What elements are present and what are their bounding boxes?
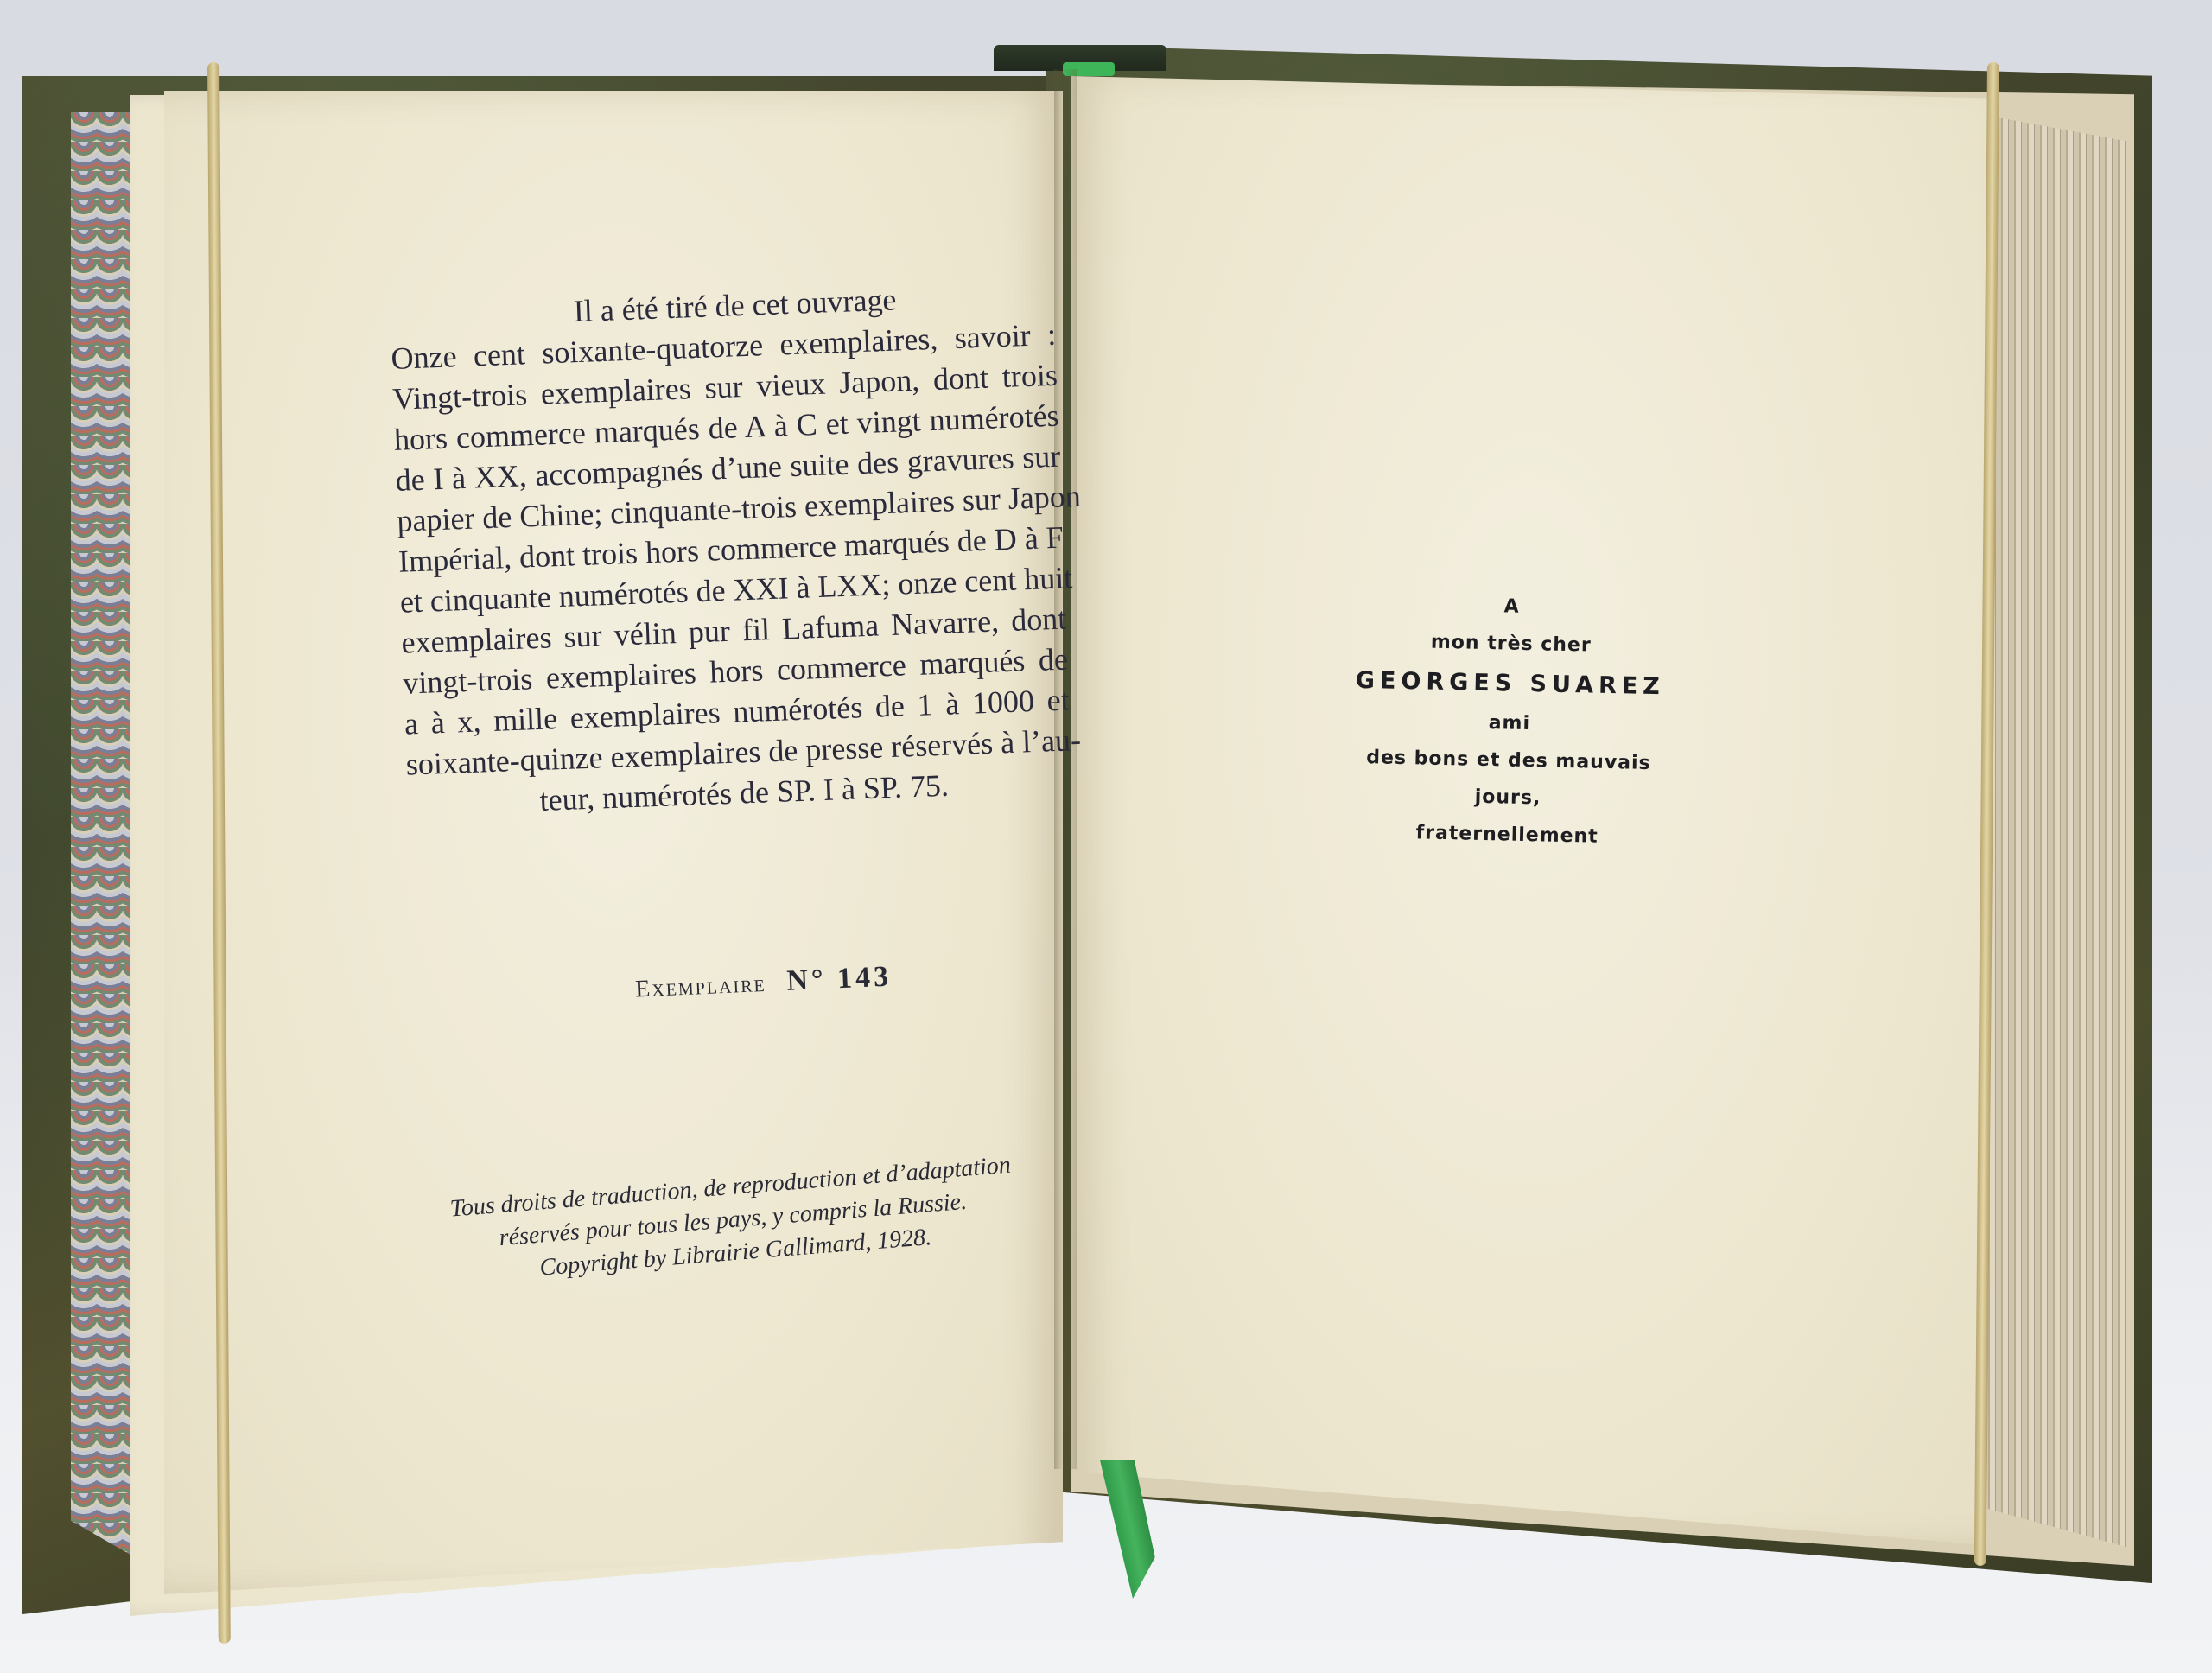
limitation-statement: Il a été tiré de cet ouvrage Onze cent s… — [389, 274, 1073, 826]
dedicatee-name: GEORGES SUAREZ — [1320, 666, 1701, 701]
dedication-line-7: fraternellement — [1317, 820, 1697, 849]
dedication-line-4: ami — [1319, 709, 1700, 738]
copy-number-label: Exemplaire — [635, 970, 767, 1003]
dedication-line-2: mon très cher — [1321, 629, 1701, 658]
dedication-line-6: jours, — [1318, 783, 1698, 812]
copy-number-value: N° 143 — [786, 961, 893, 997]
dedication: A mon très cher GEORGES SUAREZ ami des b… — [1317, 592, 1702, 865]
dedication-line-5: des bons et des mauvais — [1319, 746, 1699, 775]
